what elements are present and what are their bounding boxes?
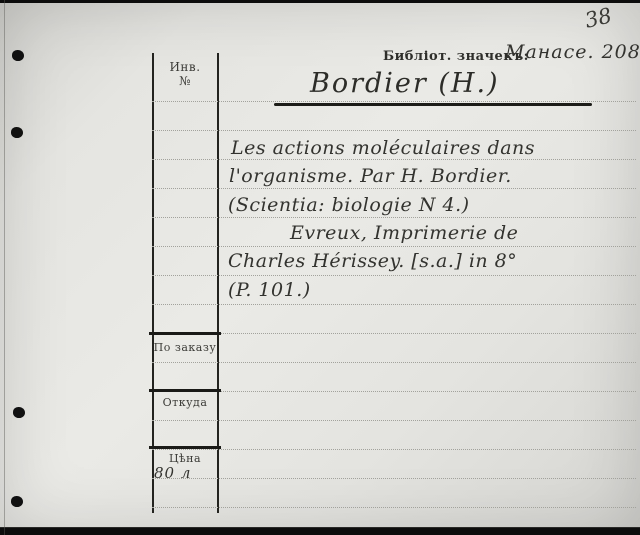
card-left-edge — [4, 0, 5, 535]
scan-edge-top — [0, 0, 640, 3]
ruled-line — [152, 449, 636, 450]
ruled-line — [152, 246, 636, 247]
ruled-line — [152, 362, 636, 363]
column-rule-right — [217, 53, 219, 513]
punch-dot — [12, 50, 24, 61]
handwritten-line: (Scientia: biologie N 4.) — [228, 194, 470, 216]
heading-underline — [274, 103, 592, 106]
punch-dot — [11, 127, 23, 138]
author-heading: Bordier (H.) — [310, 68, 500, 99]
column-rule-left — [152, 53, 154, 513]
ruled-line — [152, 159, 636, 160]
handwritten-line: Charles Hérissey. [s.a.] in 8° — [228, 250, 517, 272]
library-catalog-card: 38 Библіот. значекъ: Манасе. 20896 Bordi… — [0, 0, 640, 535]
ruled-line — [152, 391, 636, 392]
section-divider-line — [149, 389, 221, 392]
inventory-label-line2: № — [152, 74, 218, 88]
ruled-line — [152, 101, 636, 102]
origin-label: Откуда — [152, 396, 218, 409]
stamp-handwritten-value: Манасе. 20896 — [505, 41, 640, 63]
ruled-line — [152, 188, 636, 189]
ruled-line — [152, 478, 636, 479]
handwritten-line: (P. 101.) — [228, 279, 311, 301]
section-divider-line — [149, 332, 221, 335]
ruled-line — [152, 275, 636, 276]
section-divider-line — [149, 446, 221, 449]
inventory-label: Инв. № — [152, 60, 218, 88]
punch-dot — [11, 496, 23, 507]
handwritten-line: Les actions moléculaires dans — [231, 137, 535, 159]
ruled-line — [152, 130, 636, 131]
punch-dot — [13, 407, 25, 418]
ruled-line — [152, 217, 636, 218]
ruled-line — [152, 333, 636, 334]
scan-edge-bottom — [0, 527, 640, 535]
page-number: 38 — [583, 3, 614, 32]
inventory-label-line1: Инв. — [152, 60, 218, 74]
order-label: По заказу — [152, 341, 218, 354]
ruled-line — [152, 420, 636, 421]
ruled-line — [152, 304, 636, 305]
handwritten-line: l'organisme. Par H. Bordier. — [229, 165, 512, 187]
handwritten-line: Evreux, Imprimerie de — [290, 222, 518, 244]
price-value-handwritten: 80 л — [154, 464, 191, 482]
ruled-line — [152, 507, 636, 508]
